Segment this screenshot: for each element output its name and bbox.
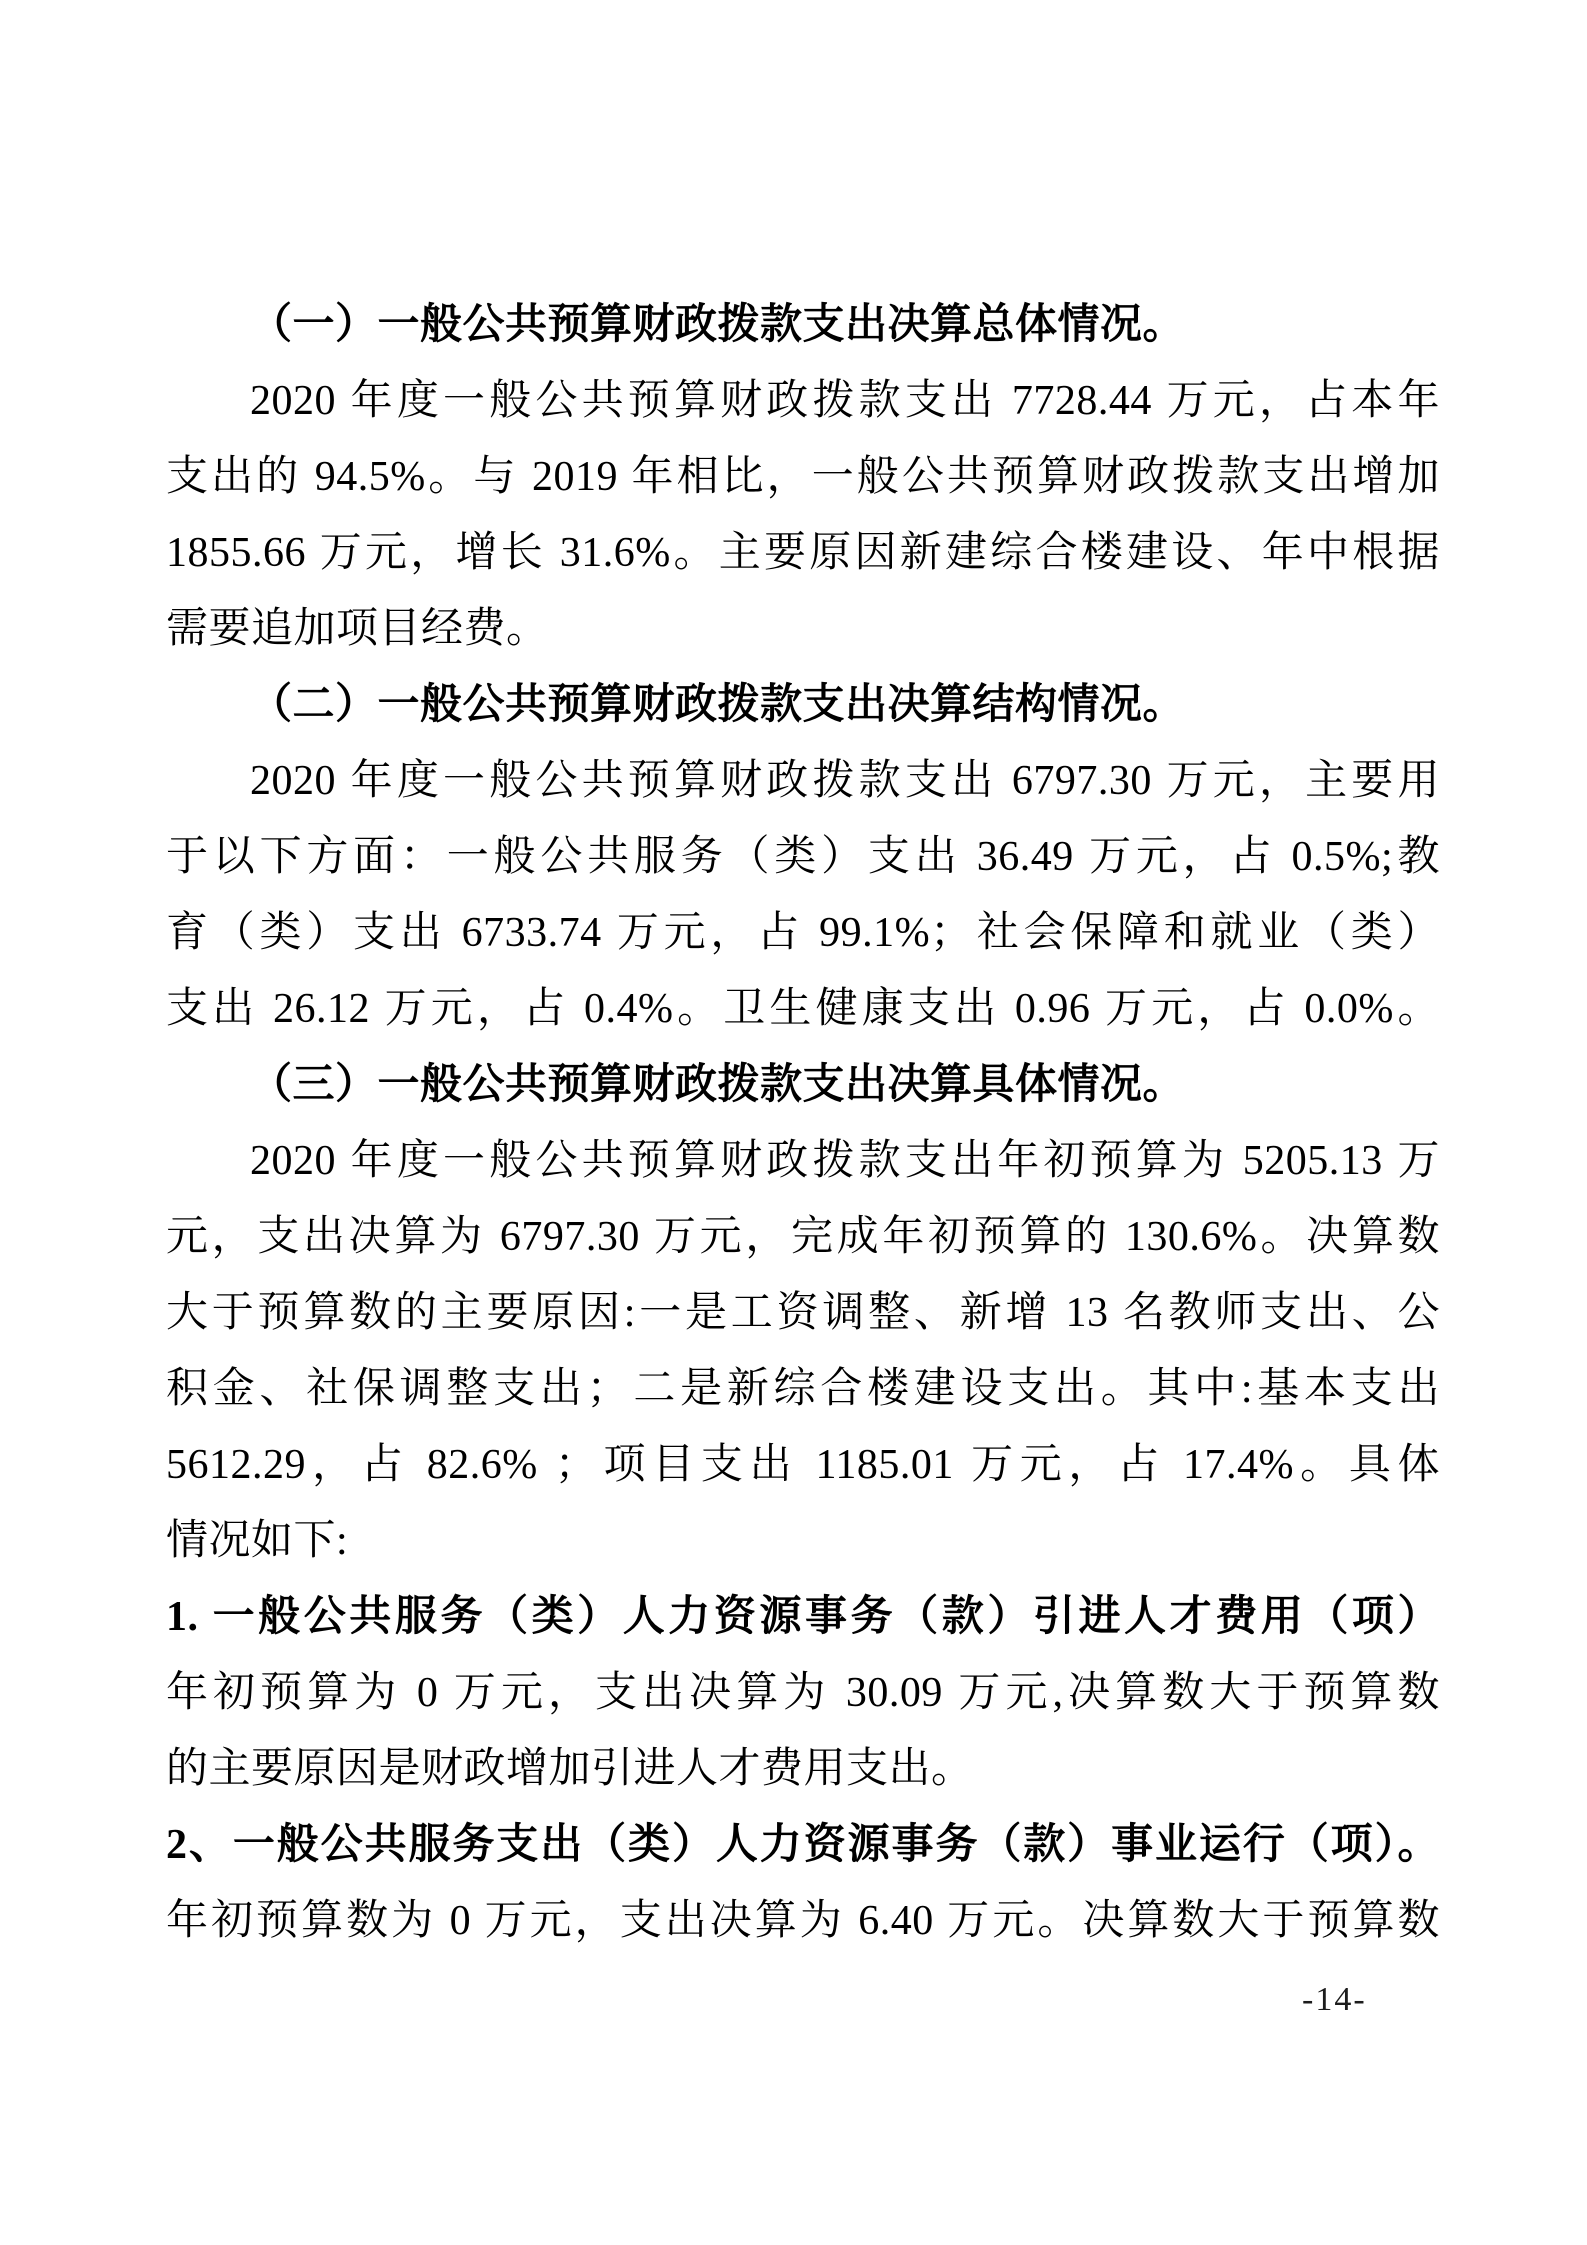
paragraph-line: 大于预算数的主要原因:一是工资调整、新增 13 名教师支出、公 [166,1275,1440,1351]
paragraph-line: 育（类）支出 6733.74 万元，占 99.1%；社会保障和就业（类） [166,895,1440,971]
paragraph-line: 支出的 94.5%。与 2019 年相比，一般公共预算财政拨款支出增加 [166,439,1440,515]
paragraph-line: 元，支出决算为 6797.30 万元，完成年初预算的 130.6%。决算数 [166,1199,1440,1275]
paragraph-line: 2020 年度一般公共预算财政拨款支出年初预算为 5205.13 万 [166,1123,1440,1199]
section-heading-3: （三）一般公共预算财政拨款支出决算具体情况。 [166,1047,1440,1123]
paragraph-line: 年初预算为 0 万元，支出决算为 30.09 万元,决算数大于预算数 [166,1655,1440,1731]
paragraph-line: 积金、社保调整支出；二是新综合楼建设支出。其中:基本支出 [166,1351,1440,1427]
paragraph-line: 2020 年度一般公共预算财政拨款支出 6797.30 万元，主要用 [166,743,1440,819]
paragraph-line: 5612.29，占 82.6% ；项目支出 1185.01 万元，占 17.4%… [166,1427,1440,1503]
paragraph-line: 2020 年度一般公共预算财政拨款支出 7728.44 万元，占本年 [166,363,1440,439]
paragraph-line: 需要追加项目经费。 [166,591,1440,667]
paragraph-line: 1855.66 万元，增长 31.6%。主要原因新建综合楼建设、年中根据 [166,515,1440,591]
document-body: （一）一般公共预算财政拨款支出决算总体情况。 2020 年度一般公共预算财政拨款… [166,287,1440,1959]
document-page: （一）一般公共预算财政拨款支出决算总体情况。 2020 年度一般公共预算财政拨款… [0,0,1587,2245]
paragraph-line: 情况如下: [166,1503,1440,1579]
paragraph-line: 年初预算数为 0 万元，支出决算为 6.40 万元。决算数大于预算数 [166,1883,1440,1959]
list-item-1-lead: 1. 一般公共服务（类）人力资源事务（款）引进人才费用（项） [166,1579,1440,1655]
section-heading-2: （二）一般公共预算财政拨款支出决算结构情况。 [166,667,1440,743]
paragraph-line: 于以下方面：一般公共服务（类）支出 36.49 万元，占 0.5%;教 [166,819,1440,895]
list-item-2-lead: 2、一般公共服务支出（类）人力资源事务（款）事业运行（项）。 [166,1807,1440,1883]
paragraph-line: 支出 26.12 万元，占 0.4%。卫生健康支出 0.96 万元，占 0.0%… [166,971,1440,1047]
page-number: -14- [1302,1980,1367,2020]
section-heading-1: （一）一般公共预算财政拨款支出决算总体情况。 [166,287,1440,363]
paragraph-line: 的主要原因是财政增加引进人才费用支出。 [166,1731,1440,1807]
